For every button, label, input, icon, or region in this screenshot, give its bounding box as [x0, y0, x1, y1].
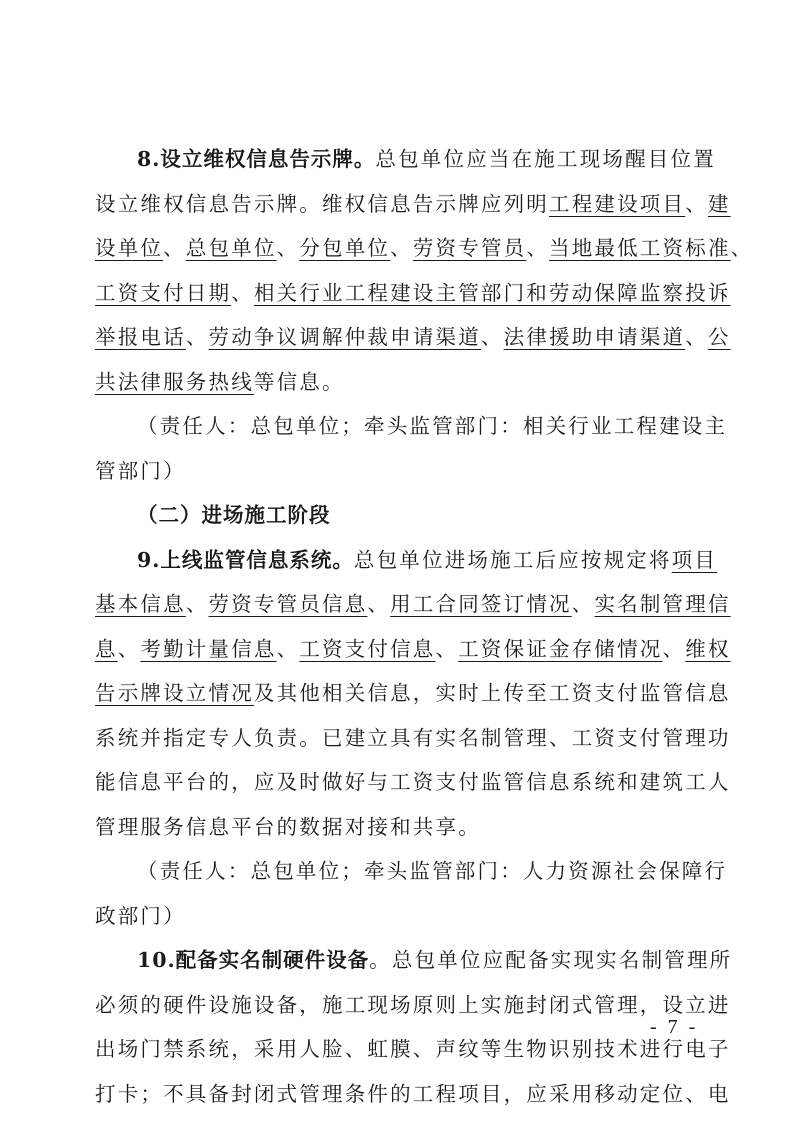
item-8-responsibility-1: （责任人：总包单位；牵头监管部门：相关行业工程建设主 — [95, 404, 703, 449]
separator: 、 — [436, 637, 459, 661]
item-8-paragraph: 8.设立维权信息告示牌。总包单位应当在施工现场醒目位置 设立维权信息告示牌。维权… — [95, 137, 703, 493]
text: 设立维权信息告示牌。维权信息告示牌应列明 — [95, 192, 549, 216]
item-8-title: 8.设立维权信息告示牌。 — [137, 147, 375, 171]
text: 。总包单位应配备实现实名制管理所 — [369, 948, 732, 972]
underlined-term: 总包单位 — [186, 236, 277, 260]
item-9-line-5: 系统并指定专人负责。已建立具有实名制管理、工资支付管理功 — [95, 716, 703, 761]
item-8-line-1: 8.设立维权信息告示牌。总包单位应当在施工现场醒目位置 — [95, 137, 703, 182]
underlined-term: 劳动争议调解仲裁申请渠道 — [209, 325, 481, 349]
separator: 、 — [277, 236, 300, 260]
item-9-responsibility-1: （责任人：总包单位；牵头监管部门：人力资源社会保障行 — [95, 849, 703, 894]
text: 等信息。 — [254, 370, 345, 394]
item-10-paragraph: 10.配备实名制硬件设备。总包单位应配备实现实名制管理所 必须的硬件设施设备，施… — [95, 938, 703, 1116]
underlined-term: 共法律服务热线 — [95, 370, 254, 394]
item-10-title: 10.配备实名制硬件设备 — [137, 948, 369, 972]
separator: 、 — [186, 325, 209, 349]
underlined-term: 分包单位 — [299, 236, 390, 260]
separator: 、 — [731, 236, 754, 260]
item-9-line-4: 告示牌设立情况及其他相关信息，实时上传至工资支付监管信息 — [95, 671, 703, 716]
separator: 、 — [685, 325, 708, 349]
separator: 、 — [572, 592, 595, 616]
underlined-term: 实名制管理信 — [594, 592, 730, 616]
item-9-line-2: 基本信息、劳资专管员信息、用工合同签订情况、实名制管理信 — [95, 582, 703, 627]
underlined-term: 基本信息 — [95, 592, 186, 616]
underlined-term: 公 — [708, 325, 731, 349]
separator: 、 — [277, 637, 300, 661]
underlined-term: 用工合同签订情况 — [390, 592, 572, 616]
underlined-term: 维权 — [685, 637, 730, 661]
item-9-line-7: 管理服务信息平台的数据对接和共享。 — [95, 805, 703, 850]
item-8-line-5: 举报电话、劳动争议调解仲裁申请渠道、法律援助申请渠道、公 — [95, 315, 703, 360]
underlined-term: 告示牌设立情况 — [95, 681, 254, 705]
item-10-line-4: 打卡；不具备封闭式管理条件的工程项目，应采用移动定位、电 — [95, 1072, 703, 1117]
separator: 、 — [481, 325, 504, 349]
separator: 、 — [390, 236, 413, 260]
page-number: - 7 - — [650, 1016, 698, 1039]
section-heading: （二）进场施工阶段 — [95, 493, 703, 538]
separator: 、 — [663, 637, 686, 661]
underlined-term: 建 — [708, 192, 731, 216]
document-body: 8.设立维权信息告示牌。总包单位应当在施工现场醒目位置 设立维权信息告示牌。维权… — [95, 137, 703, 1116]
item-9-title: 9.上线监管信息系统。 — [137, 548, 354, 572]
text: 总包单位进场施工后应按规定将 — [354, 548, 672, 572]
item-8-responsibility-2: 管部门） — [95, 449, 703, 494]
underlined-term: 当地最低工资标准 — [549, 236, 731, 260]
underlined-term: 考勤计量信息 — [140, 637, 276, 661]
item-9-line-3: 息、考勤计量信息、工资支付信息、工资保证金存储情况、维权 — [95, 627, 703, 672]
underlined-term: 设单位 — [95, 236, 163, 260]
item-10-line-2: 必须的硬件设施设备，施工现场原则上实施封闭式管理，设立进 — [95, 983, 703, 1028]
item-8-line-3: 设单位、总包单位、分包单位、劳资专管员、当地最低工资标准、 — [95, 226, 703, 271]
separator: 、 — [526, 236, 549, 260]
item-10-line-3: 出场门禁系统，采用人脸、虹膜、声纹等生物识别技术进行电子 — [95, 1027, 703, 1072]
separator: 、 — [163, 236, 186, 260]
document-page: 8.设立维权信息告示牌。总包单位应当在施工现场醒目位置 设立维权信息告示牌。维权… — [0, 0, 793, 1122]
separator: 、 — [186, 592, 209, 616]
separator: 、 — [118, 637, 141, 661]
separator: 、 — [231, 281, 254, 305]
item-8-line-2: 设立维权信息告示牌。维权信息告示牌应列明工程建设项目、建 — [95, 182, 703, 227]
item-8-line-6: 共法律服务热线等信息。 — [95, 360, 703, 405]
item-9-responsibility-2: 政部门） — [95, 894, 703, 939]
underlined-term: 劳资专管员信息 — [209, 592, 368, 616]
item-10-line-1: 10.配备实名制硬件设备。总包单位应配备实现实名制管理所 — [95, 938, 703, 983]
separator: 、 — [367, 592, 390, 616]
separator: 、 — [685, 192, 708, 216]
item-9-line-6: 能信息平台的，应及时做好与工资支付监管信息系统和建筑工人 — [95, 760, 703, 805]
underlined-term: 工资保证金存储情况 — [458, 637, 662, 661]
text: 总包单位应当在施工现场醒目位置 — [375, 147, 716, 171]
underlined-term: 相关行业工程建设主管部门和劳动保障监察投诉 — [254, 281, 731, 305]
item-8-line-4: 工资支付日期、相关行业工程建设主管部门和劳动保障监察投诉 — [95, 271, 703, 316]
item-9-paragraph: 9.上线监管信息系统。总包单位进场施工后应按规定将项目 基本信息、劳资专管员信息… — [95, 538, 703, 939]
text: 及其他相关信息，实时上传至工资支付监管信息 — [254, 681, 731, 705]
underlined-term: 工程建设项目 — [549, 192, 685, 216]
item-9-line-1: 9.上线监管信息系统。总包单位进场施工后应按规定将项目 — [95, 538, 703, 583]
underlined-term: 举报电话 — [95, 325, 186, 349]
underlined-term: 工资支付信息 — [299, 637, 435, 661]
underlined-term: 息 — [95, 637, 118, 661]
underlined-term: 工资支付日期 — [95, 281, 231, 305]
underlined-term: 法律援助申请渠道 — [504, 325, 686, 349]
underlined-term: 项目 — [672, 548, 717, 572]
underlined-term: 劳资专管员 — [413, 236, 527, 260]
